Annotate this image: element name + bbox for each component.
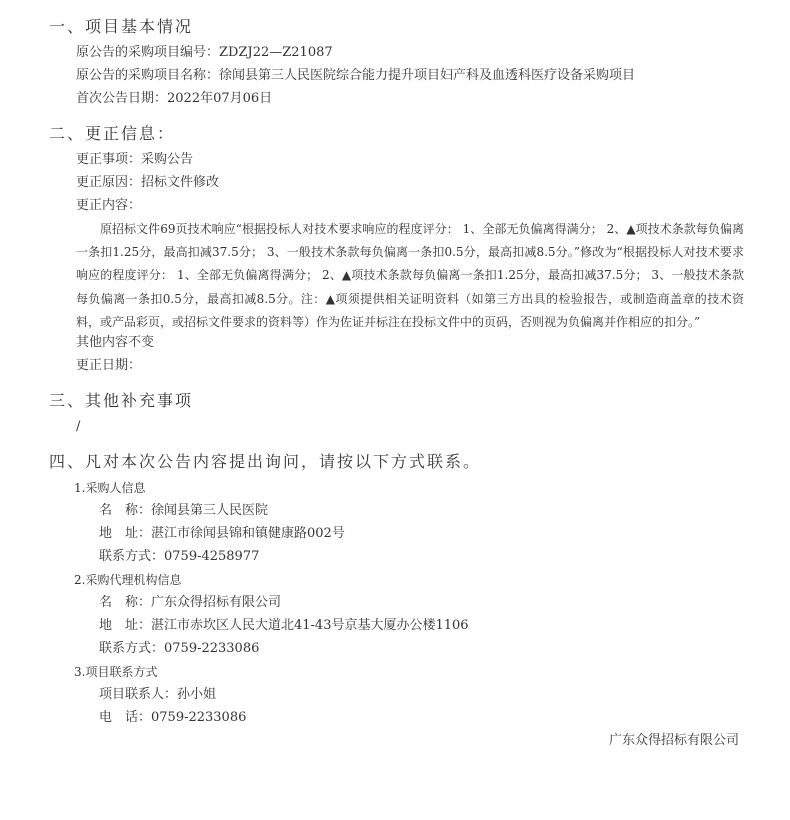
section3-content: / — [76, 418, 80, 436]
section1-heading: 一、项目基本情况 — [49, 16, 193, 38]
correction-reason: 更正原因：招标文件修改 — [76, 174, 219, 192]
project-contact-phone: 电 话：0759-2233086 — [99, 709, 246, 727]
agency-name: 名 称：广东众得招标有限公司 — [99, 594, 281, 612]
project-contact-person: 项目联系人：孙小姐 — [99, 686, 216, 704]
first-announce-date: 首次公告日期：2022年07月06日 — [76, 90, 272, 108]
correction-item: 更正事项：采购公告 — [76, 151, 193, 169]
purchaser-name: 名 称：徐闻县第三人民医院 — [99, 502, 268, 520]
other-unchanged: 其他内容不变 — [76, 334, 154, 352]
correction-date-label: 更正日期： — [76, 357, 141, 375]
agency-address: 地 址：湛江市赤坎区人民大道北41-43号京基大厦办公楼1106 — [99, 617, 469, 635]
section4-heading: 四、凡对本次公告内容提出询问，请按以下方式联系。 — [49, 451, 481, 473]
purchaser-title: 1.采购人信息 — [74, 479, 145, 497]
agency-contact: 联系方式：0759-2233086 — [99, 640, 259, 658]
purchaser-address: 地 址：湛江市徐闻县锦和镇健康路002号 — [99, 525, 345, 543]
project-contact-title: 3.项目联系方式 — [74, 663, 157, 681]
original-project-name: 原公告的采购项目名称：徐闻县第三人民医院综合能力提升项目妇产科及血透科医疗设备采… — [76, 67, 635, 85]
correction-content-label: 更正内容： — [76, 197, 141, 215]
announcement-document: 一、项目基本情况 原公告的采购项目编号：ZDZJ22—Z21087 原公告的采购… — [0, 0, 790, 820]
section3-heading: 三、其他补充事项 — [49, 390, 193, 412]
correction-content-text: 原招标文件69页技术响应“根据投标人对技术要求响应的程度评分： 1、全部无负偏离… — [76, 218, 744, 334]
section2-heading: 二、更正信息： — [49, 123, 175, 145]
purchaser-contact: 联系方式：0759-4258977 — [99, 548, 259, 566]
agency-title: 2.采购代理机构信息 — [74, 571, 181, 589]
signature: 广东众得招标有限公司 — [609, 732, 739, 750]
original-project-number: 原公告的采购项目编号：ZDZJ22—Z21087 — [76, 44, 333, 62]
